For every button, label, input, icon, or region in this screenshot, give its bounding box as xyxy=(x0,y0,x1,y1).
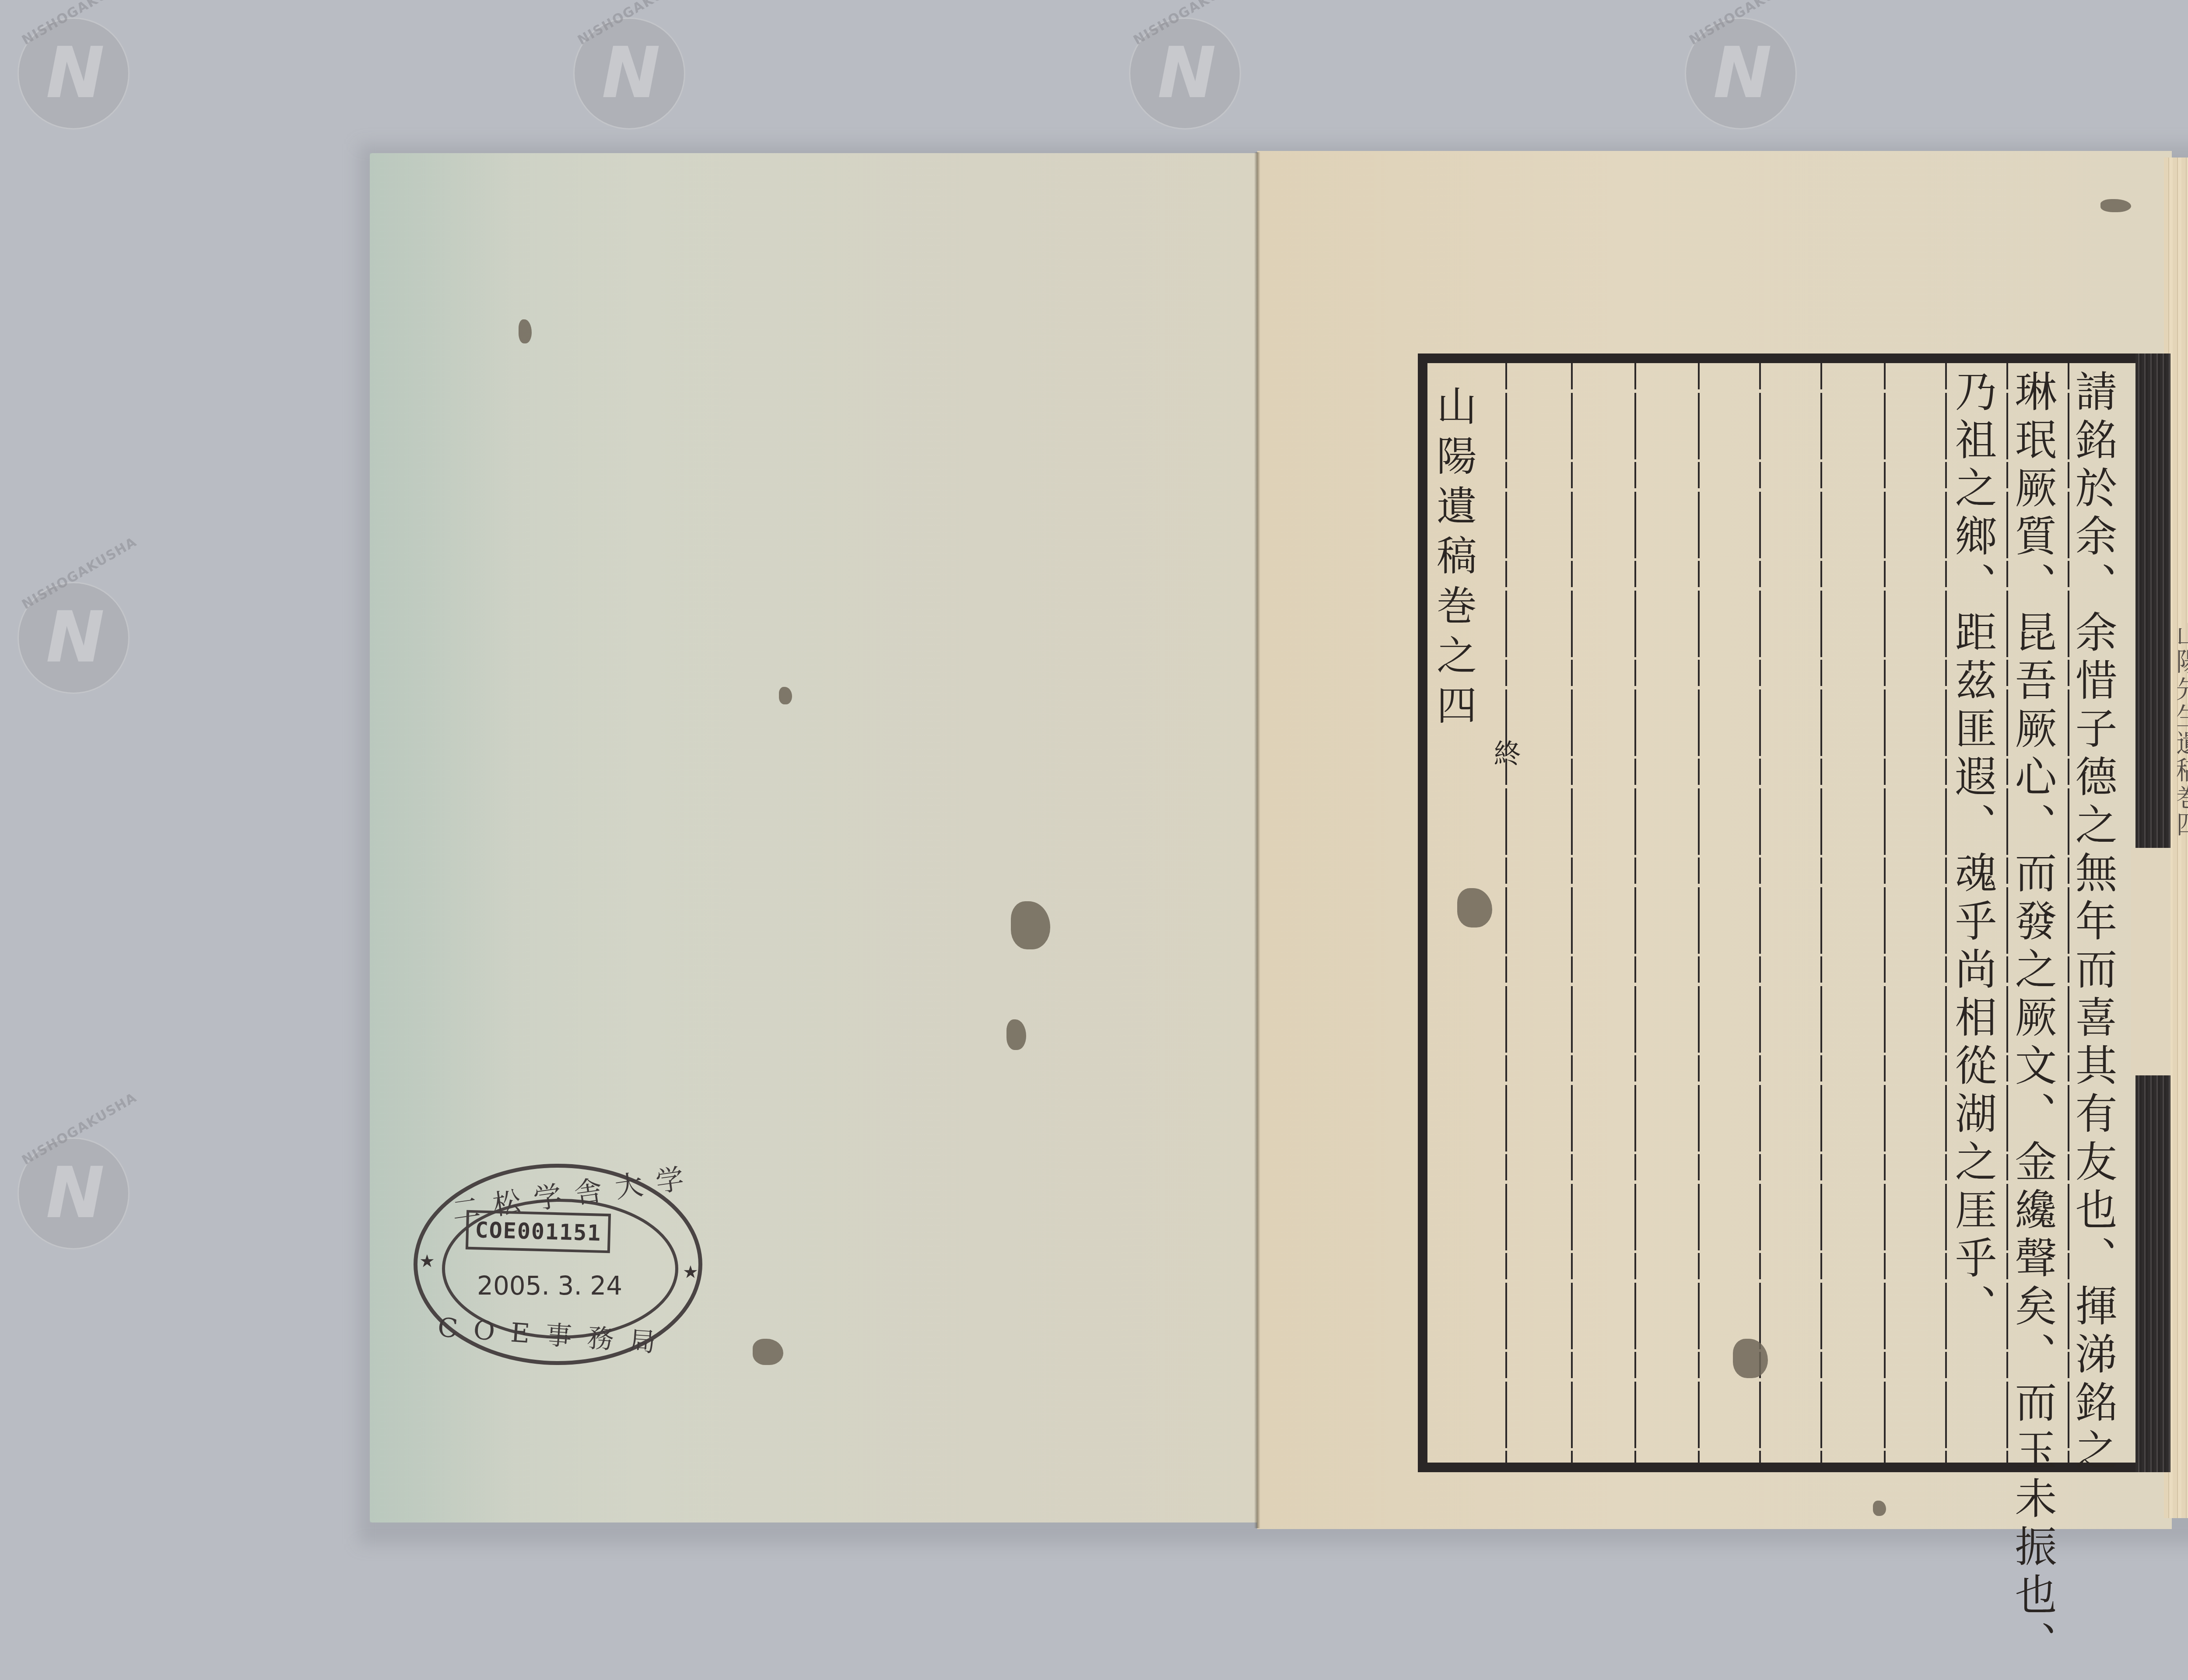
watermark-logo: NISHOGAKUSHAN xyxy=(1685,17,1797,129)
stamp-id-box: COE001151 xyxy=(466,1210,611,1253)
column-rule xyxy=(1759,363,1761,1463)
column-rule xyxy=(1698,363,1700,1463)
star-icon: ★ xyxy=(419,1251,435,1271)
wormhole xyxy=(779,687,792,704)
column-rule xyxy=(1945,363,1947,1463)
watermark-icon: N xyxy=(46,1152,105,1234)
star-icon: ★ xyxy=(683,1262,698,1282)
watermark-logo: NISHOGAKUSHAN xyxy=(18,582,130,694)
stamp-date: 2005. 3. 24 xyxy=(477,1271,622,1301)
column-rule xyxy=(1571,363,1573,1463)
wormhole xyxy=(1873,1501,1886,1516)
text-column-1: 請銘於余、余惜子德之無年而喜其有友也、揮涕銘之 xyxy=(2072,370,2114,1477)
watermark-logo: NISHOGAKUSHAN xyxy=(1129,17,1241,129)
column-rule xyxy=(1820,363,1822,1463)
fore-edge-label: 山陽先生遺稿巻四 xyxy=(2168,621,2188,838)
volume-end-mark: 終 xyxy=(1486,739,1525,766)
text-column-2: 琳珉厥質、昆吾厥心、而發之厥文、金纔聲矣、而玉未振也、 xyxy=(2012,370,2054,1669)
watermark-icon: N xyxy=(1157,32,1216,114)
book-gutter xyxy=(1254,152,1260,1528)
column-rule xyxy=(1634,363,1636,1463)
wormhole xyxy=(2100,199,2131,212)
watermark-logo: NISHOGAKUSHAN xyxy=(18,17,130,129)
volume-title: 山陽遺稿巻之四 xyxy=(1433,385,1473,734)
fold-notch xyxy=(2131,848,2170,1075)
column-rule xyxy=(1884,363,1886,1463)
watermark-icon: N xyxy=(602,32,660,114)
watermark-icon: N xyxy=(46,32,105,114)
watermark-icon: N xyxy=(46,596,105,678)
stamp-id-number: COE001151 xyxy=(475,1217,602,1246)
frame-spine-bar xyxy=(2135,353,2170,1472)
watermark-logo: NISHOGAKUSHAN xyxy=(573,17,685,129)
watermark-logo: NISHOGAKUSHAN xyxy=(18,1137,130,1249)
column-rule xyxy=(1505,363,1507,1463)
watermark-icon: N xyxy=(1713,32,1772,114)
text-column-3: 乃祖之鄉、距茲匪遐、魂乎尚相從湖之厓乎、 xyxy=(1952,370,1994,1332)
